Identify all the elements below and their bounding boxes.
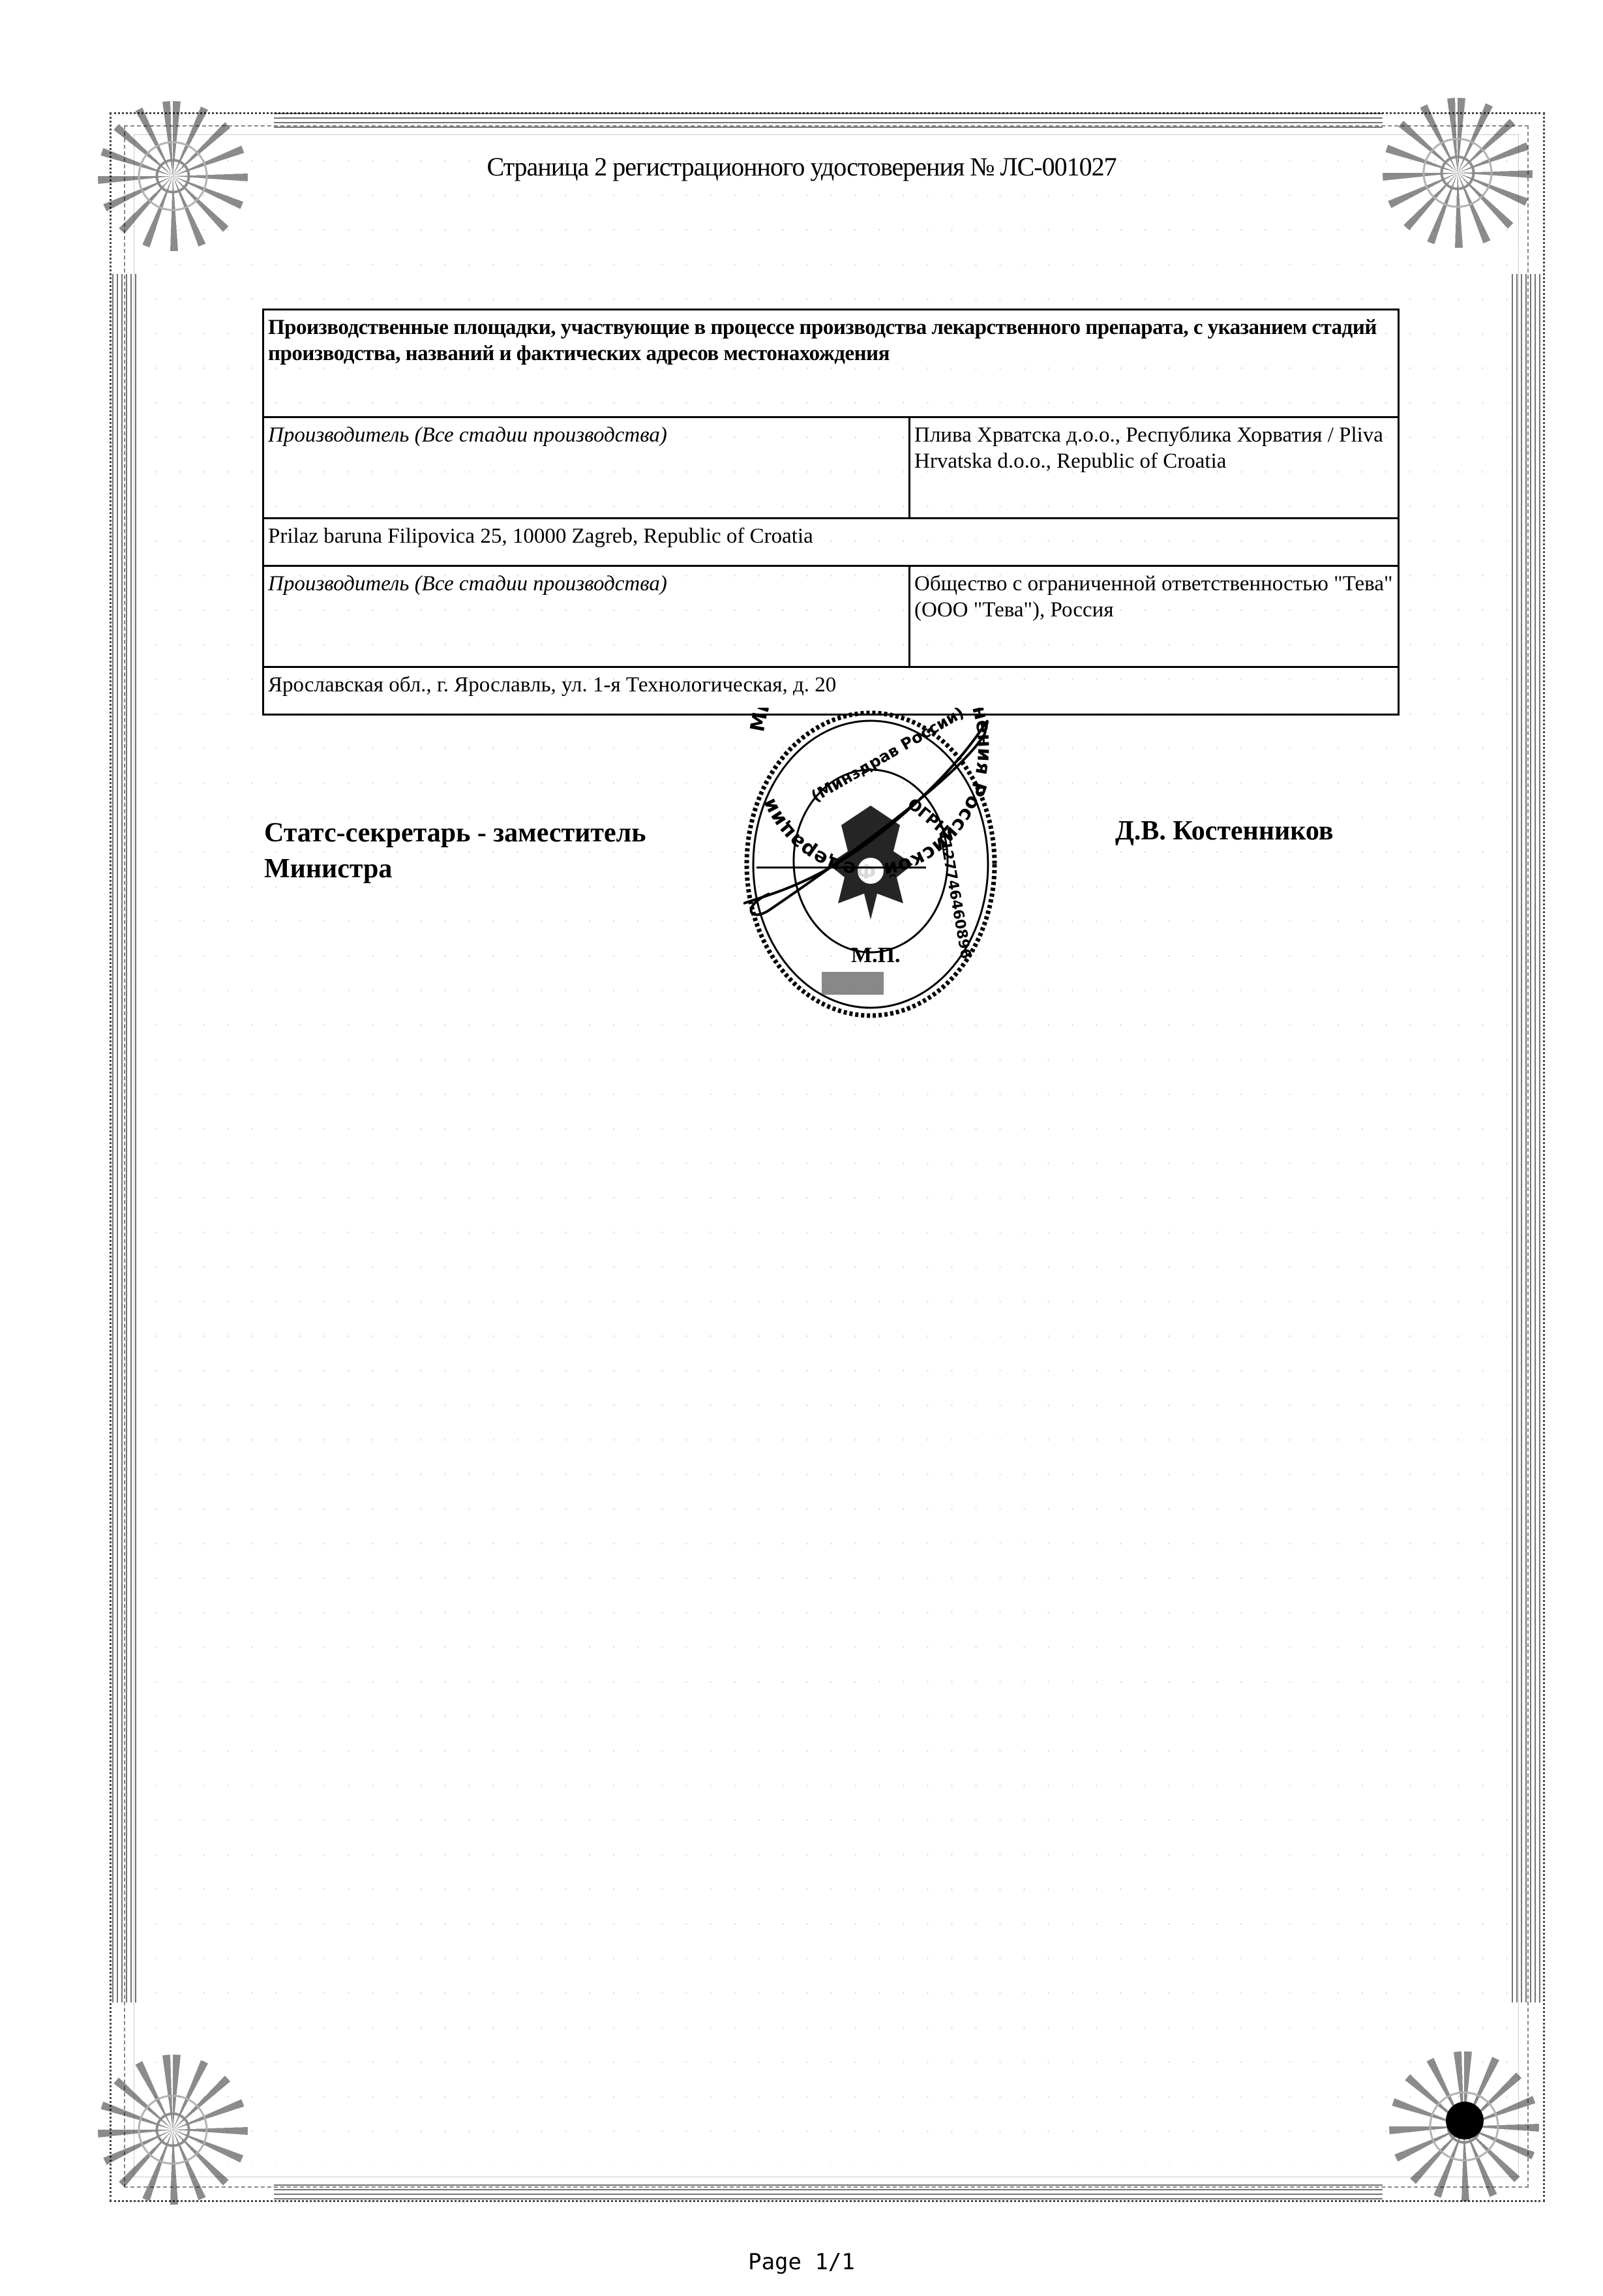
official-seal-icon: Министерство здравоохранения Российской … [743,708,998,1024]
frame-top-hatch [274,112,1383,128]
table-row: Производитель (Все стадии производства) … [263,566,1399,667]
table-row: Производитель (Все стадии производства) … [263,417,1399,519]
table-row: Prilaz baruna Filipovica 25, 10000 Zagre… [263,519,1399,566]
frame-left-hatch [112,274,138,2002]
production-sites-table: Производственные площадки, участвующие в… [262,309,1400,716]
frame-bottom-hatch [274,2184,1383,2199]
page-title: Страница 2 регистрационного удостоверени… [0,151,1603,182]
signatory-name: Д.В. Костенников [1115,815,1334,847]
signatory-position-line1: Статс-секретарь - заместитель [264,815,646,851]
signatory-position: Статс-секретарь - заместитель Министра [264,815,646,887]
page-footer: Page 1/1 [0,2249,1603,2275]
table-header-row: Производственные площадки, участвующие в… [263,310,1399,417]
site-role: Производитель (Все стадии производства) [263,566,910,667]
seal-mp: М.П. [851,943,901,967]
seal-ogrn: 1127746460896 [935,830,974,960]
site-role: Производитель (Все стадии производства) [263,417,910,519]
corner-rosette-bottom-left [98,2055,248,2205]
site-name: Плива Хрватска д.о.о., Республика Хорват… [910,417,1399,519]
table-header: Производственные площадки, участвующие в… [263,310,1399,417]
site-address: Prilaz baruna Filipovica 25, 10000 Zagre… [263,519,1399,566]
hole-punch-mark [1446,2102,1484,2139]
signatory-position-line2: Министра [264,851,646,887]
site-name: Общество с ограниченной ответственностью… [910,566,1399,667]
frame-right-hatch [1512,274,1541,2002]
